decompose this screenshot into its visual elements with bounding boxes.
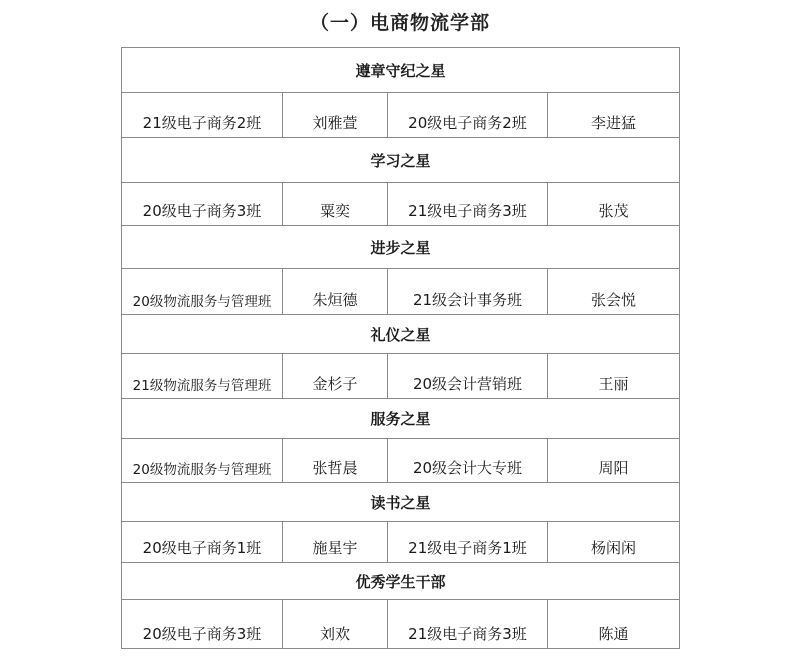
section-header: 学习之星 [122, 138, 680, 183]
section-header: 进步之星 [122, 226, 680, 269]
table-row: 20级电子商务1班 施星宇 21级电子商务1班 杨闲闲 [122, 522, 680, 563]
table-row: 21级电子商务2班 刘雅萱 20级电子商务2班 李进猛 [122, 93, 680, 138]
class-cell: 20级会计营销班 [388, 354, 548, 399]
section-header-row: 服务之星 [122, 399, 680, 439]
student-name-cell: 李进猛 [548, 93, 680, 138]
section-header-row: 优秀学生干部 [122, 563, 680, 600]
student-name-cell: 张哲晨 [283, 439, 388, 483]
section-header-row: 遵章守纪之星 [122, 48, 680, 93]
student-name-cell: 张会悦 [548, 269, 680, 315]
section-header: 遵章守纪之星 [122, 48, 680, 93]
page-title: （一）电商物流学部 [0, 8, 800, 35]
student-name-cell: 朱烜德 [283, 269, 388, 315]
student-name-cell: 陈通 [548, 600, 680, 649]
section-header: 优秀学生干部 [122, 563, 680, 600]
student-name-cell: 金杉子 [283, 354, 388, 399]
class-cell: 21级物流服务与管理班 [122, 354, 283, 399]
section-header-row: 学习之星 [122, 138, 680, 183]
class-cell: 20级电子商务3班 [122, 600, 283, 649]
table-row: 21级物流服务与管理班 金杉子 20级会计营销班 王丽 [122, 354, 680, 399]
class-cell: 21级电子商务2班 [122, 93, 283, 138]
class-cell: 21级电子商务1班 [388, 522, 548, 563]
student-name-cell: 施星宇 [283, 522, 388, 563]
class-cell: 21级会计事务班 [388, 269, 548, 315]
class-cell: 20级电子商务2班 [388, 93, 548, 138]
class-cell: 20级物流服务与管理班 [122, 269, 283, 315]
table-row: 20级电子商务3班 刘欢 21级电子商务3班 陈通 [122, 600, 680, 649]
section-header-row: 礼仪之星 [122, 315, 680, 354]
section-header: 服务之星 [122, 399, 680, 439]
class-cell: 20级物流服务与管理班 [122, 439, 283, 483]
table-row: 20级物流服务与管理班 朱烜德 21级会计事务班 张会悦 [122, 269, 680, 315]
student-name-cell: 刘雅萱 [283, 93, 388, 138]
table-row: 20级物流服务与管理班 张哲晨 20级会计大专班 周阳 [122, 439, 680, 483]
table-row: 20级电子商务3班 粟奕 21级电子商务3班 张茂 [122, 183, 680, 226]
student-name-cell: 王丽 [548, 354, 680, 399]
student-name-cell: 粟奕 [283, 183, 388, 226]
section-header: 读书之星 [122, 483, 680, 522]
section-header-row: 读书之星 [122, 483, 680, 522]
student-name-cell: 张茂 [548, 183, 680, 226]
class-cell: 20级电子商务1班 [122, 522, 283, 563]
class-cell: 21级电子商务3班 [388, 600, 548, 649]
student-name-cell: 周阳 [548, 439, 680, 483]
section-header-row: 进步之星 [122, 226, 680, 269]
class-cell: 20级电子商务3班 [122, 183, 283, 226]
student-name-cell: 杨闲闲 [548, 522, 680, 563]
class-cell: 20级会计大专班 [388, 439, 548, 483]
awards-table: 遵章守纪之星 21级电子商务2班 刘雅萱 20级电子商务2班 李进猛 学习之星 … [121, 47, 680, 649]
section-header: 礼仪之星 [122, 315, 680, 354]
student-name-cell: 刘欢 [283, 600, 388, 649]
class-cell: 21级电子商务3班 [388, 183, 548, 226]
